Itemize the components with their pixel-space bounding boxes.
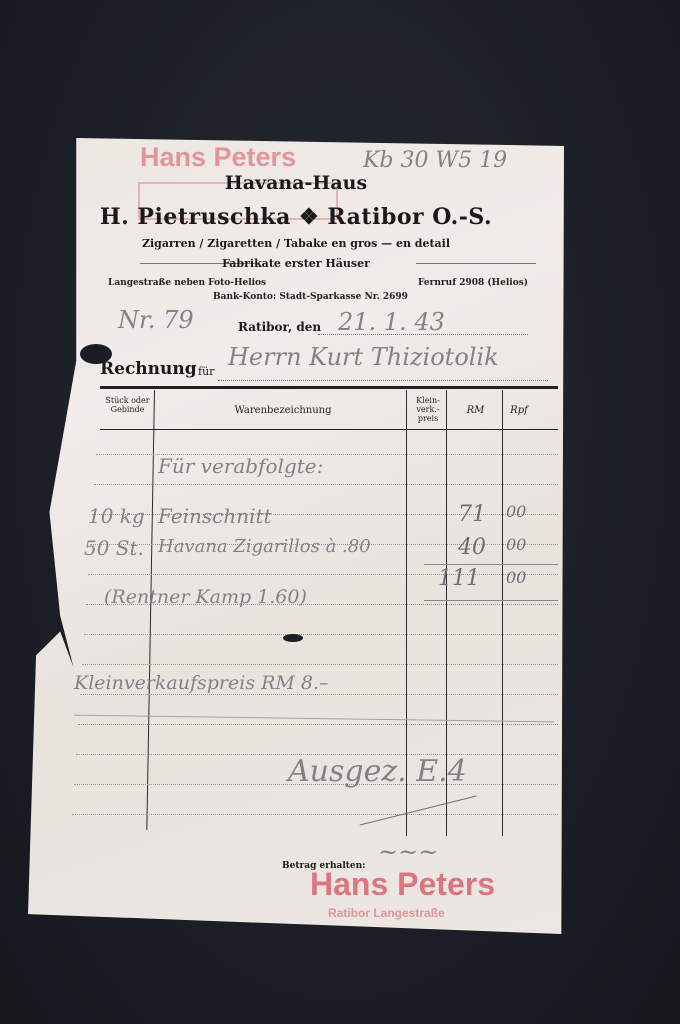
sum-rule xyxy=(424,564,558,565)
table-total-rpf: 00 xyxy=(506,568,526,587)
table-row-3-rpf: 00 xyxy=(506,535,526,554)
address: Langestraße neben Foto-Helios xyxy=(108,278,266,288)
phone: Fernruf 2908 (Helios) xyxy=(418,278,528,288)
invoice-paper: Hans Peters Kb 30 W5 19 Havana-Haus H. P… xyxy=(28,138,564,934)
col-header-unit-price: Klein-verk.-preis xyxy=(408,396,448,423)
table-row-6-description: Kleinverkaufspreis RM 8.– xyxy=(74,672,329,694)
col-divider-1 xyxy=(146,390,155,830)
total-underline xyxy=(424,600,558,601)
table-row-3-qty: 50 St. xyxy=(84,536,144,560)
red-stamp-bottom: Hans Peters xyxy=(310,866,495,903)
row-rule xyxy=(94,484,558,485)
invoice-number: Nr. 79 xyxy=(118,306,194,334)
table-row-2-rpf: 00 xyxy=(506,502,526,521)
col-divider-4 xyxy=(502,390,503,836)
recipient: Herrn Kurt Thiziotolik xyxy=(228,343,499,371)
table-row-2-description: Feinschnitt xyxy=(158,504,272,528)
row-rule xyxy=(78,724,558,725)
row-rule xyxy=(72,814,558,815)
col-header-rm: RM xyxy=(448,406,503,415)
pencil-strike-line xyxy=(74,715,554,723)
signature-stroke xyxy=(360,795,477,825)
red-stamp-top: Hans Peters xyxy=(140,142,296,173)
table-row-2-rm: 71 xyxy=(458,502,486,527)
row-rule xyxy=(88,574,558,575)
bank-account: Bank-Konto: Stadt-Sparkasse Nr. 2699 xyxy=(213,292,408,302)
shop-name: Havana-Haus xyxy=(28,172,564,194)
recipient-line xyxy=(218,380,548,381)
products-line: Zigarren / Zigaretten / Tabake en gros —… xyxy=(28,237,564,250)
table-row-5-description: (Rentner Kamp 1.60) xyxy=(104,586,307,608)
small-hole xyxy=(283,634,303,642)
received-signature: ~~~ xyxy=(378,838,438,866)
owner-line: H. Pietruschka ❖ Ratibor O.-S. xyxy=(28,204,564,230)
table-total-rm: 111 xyxy=(438,566,480,591)
for-label: für xyxy=(198,365,214,378)
signature-note: Ausgez. E.4 xyxy=(288,754,467,789)
col-header-qty: Stück oder Gebinde xyxy=(100,396,155,414)
table-row-1-description: Für verabfolgte: xyxy=(158,454,323,478)
place-label: Ratibor, den xyxy=(238,320,321,334)
pencil-note-top: Kb 30 W5 19 xyxy=(363,148,507,173)
invoice-label: Rechnung xyxy=(100,359,197,379)
table-top-rule xyxy=(100,386,558,389)
row-rule xyxy=(80,694,558,695)
table-row-3-rm: 40 xyxy=(458,535,486,560)
table-row-2-qty: 10 kg xyxy=(88,504,145,528)
divider-right xyxy=(416,263,536,264)
col-header-description: Warenbezeichnung xyxy=(158,406,408,415)
red-stamp-city: Ratibor Langestraße xyxy=(328,906,445,920)
col-header-rpf: Rpf xyxy=(504,406,534,415)
row-rule xyxy=(82,664,558,665)
row-rule xyxy=(84,634,558,635)
table-header-rule xyxy=(100,429,558,430)
table-row-3-description: Havana Zigarillos à .80 xyxy=(158,536,371,557)
invoice-date: 21. 1. 43 xyxy=(338,308,445,336)
